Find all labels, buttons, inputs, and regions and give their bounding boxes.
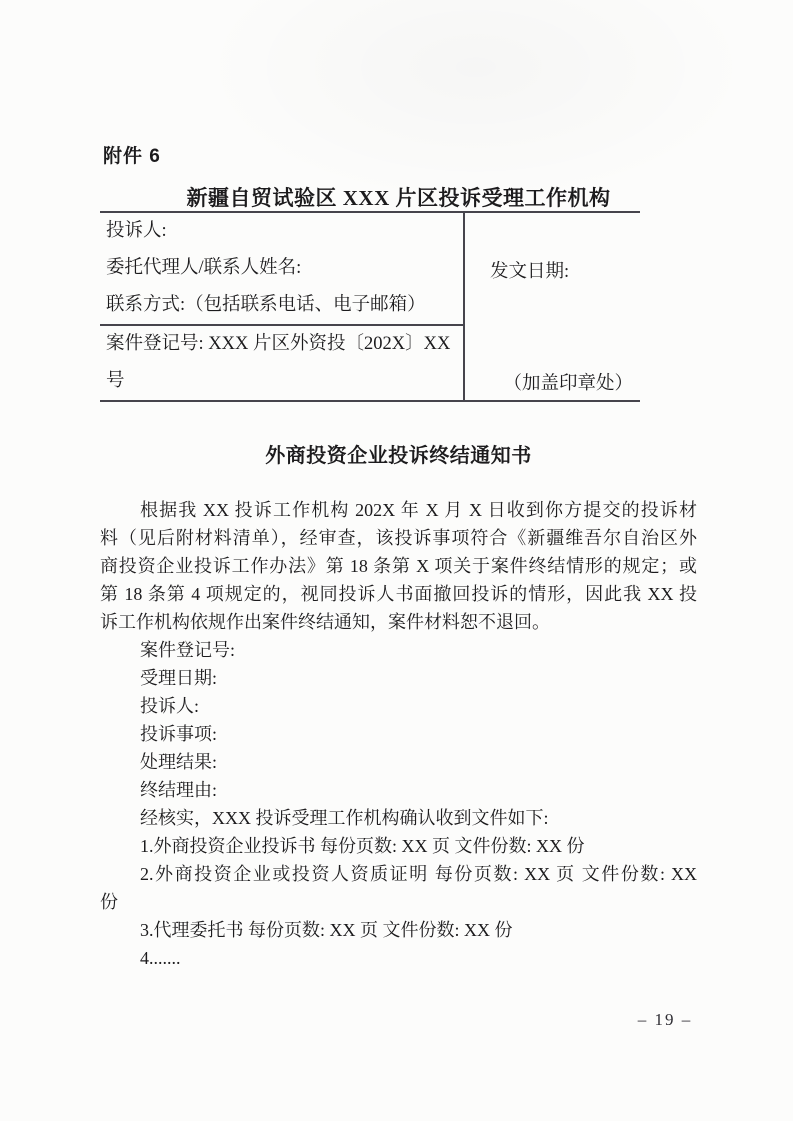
body-line: 第 18 条第 4 项规定的，视同投诉人书面撤回投诉的情形，因此我 XX 投 xyxy=(100,580,697,608)
body-line: 投诉人: xyxy=(100,692,697,720)
table-cell-parties: 投诉人: 委托代理人/联系人姓名: 联系方式:（包括联系电话、电子邮箱） xyxy=(106,213,458,324)
body-line: 根据我 XX 投诉工作机构 202X 年 X 月 X 日收到你方提交的投诉材 xyxy=(100,496,697,524)
body-line: 份 xyxy=(100,888,697,916)
page-number: – 19 – xyxy=(615,1010,715,1030)
notice-title: 外商投资企业投诉终结通知书 xyxy=(100,439,697,468)
body-line: 案件登记号: xyxy=(100,636,697,664)
body-line: 处理结果: xyxy=(100,748,697,776)
table-cell-case-number: 案件登记号: XXX 片区外资投〔202X〕XX 号 xyxy=(106,326,458,400)
attachment-label: 附件 6 xyxy=(103,141,161,168)
seal-place-label: （加盖印章处） xyxy=(465,371,633,397)
case-number-line-2: 号 xyxy=(106,363,458,400)
document-page: 附件 6 新疆自贸试验区 XXX 片区投诉受理工作机构 投诉人: 委托代理人/联… xyxy=(0,0,793,1121)
complaint-info-table: 投诉人: 委托代理人/联系人姓名: 联系方式:（包括联系电话、电子邮箱） 案件登… xyxy=(100,211,640,402)
body-line: 商投资企业投诉工作办法》第 18 条第 X 项关于案件终结情形的规定；或 xyxy=(100,552,697,580)
agent-contact-name-label: 委托代理人/联系人姓名: xyxy=(106,250,458,287)
issue-date-label: 发文日期: xyxy=(490,257,569,287)
case-number-line-1: 案件登记号: XXX 片区外资投〔202X〕XX xyxy=(106,326,458,363)
body-line: 经核实，XXX 投诉受理工作机构确认收到文件如下: xyxy=(100,804,697,832)
body-line: 料（见后附材料清单），经审查，该投诉事项符合《新疆维吾尔自治区外 xyxy=(100,524,697,552)
body-line: 投诉事项: xyxy=(100,720,697,748)
notice-body: 根据我 XX 投诉工作机构 202X 年 X 月 X 日收到你方提交的投诉材料（… xyxy=(100,496,697,972)
body-line: 2.外商投资企业或投资人资质证明 每份页数: XX 页 文件份数: XX xyxy=(100,860,697,888)
contact-method-label: 联系方式:（包括联系电话、电子邮箱） xyxy=(106,287,458,324)
body-line: 受理日期: xyxy=(100,664,697,692)
body-line: 3.代理委托书 每份页数: XX 页 文件份数: XX 份 xyxy=(100,916,697,944)
body-line: 4....... xyxy=(100,944,697,972)
body-line: 诉工作机构依规作出案件终结通知，案件材料恕不退回。 xyxy=(100,608,697,636)
complainant-label: 投诉人: xyxy=(106,213,458,250)
org-header-title: 新疆自贸试验区 XXX 片区投诉受理工作机构 xyxy=(100,182,697,212)
body-line: 1.外商投资企业投诉书 每份页数: XX 页 文件份数: XX 份 xyxy=(100,832,697,860)
body-line: 终结理由: xyxy=(100,776,697,804)
